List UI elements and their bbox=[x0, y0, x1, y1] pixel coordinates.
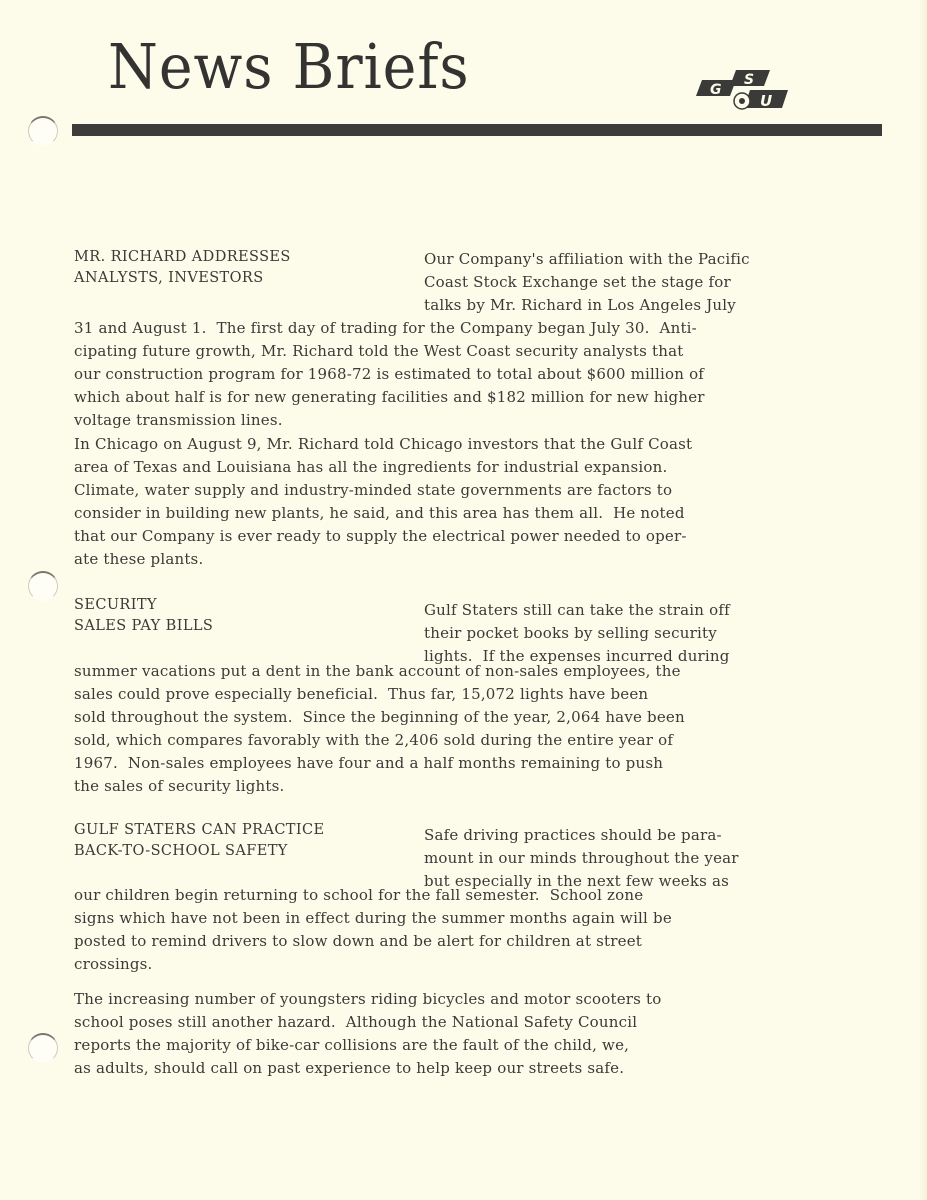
page-edge bbox=[919, 0, 927, 1200]
logo-letter-g: G bbox=[710, 82, 722, 98]
logo-letter-u: U bbox=[760, 92, 772, 110]
punch-hole bbox=[28, 116, 58, 146]
masthead-rule bbox=[72, 124, 882, 136]
logo-letter-s: S bbox=[744, 72, 754, 88]
punch-hole bbox=[28, 1033, 58, 1063]
gsu-logo-icon: G S U bbox=[688, 66, 798, 116]
article-paragraph: The increasing number of youngsters ridi… bbox=[74, 942, 661, 1103]
masthead-title: News Briefs bbox=[108, 36, 470, 98]
punch-hole bbox=[28, 571, 58, 601]
